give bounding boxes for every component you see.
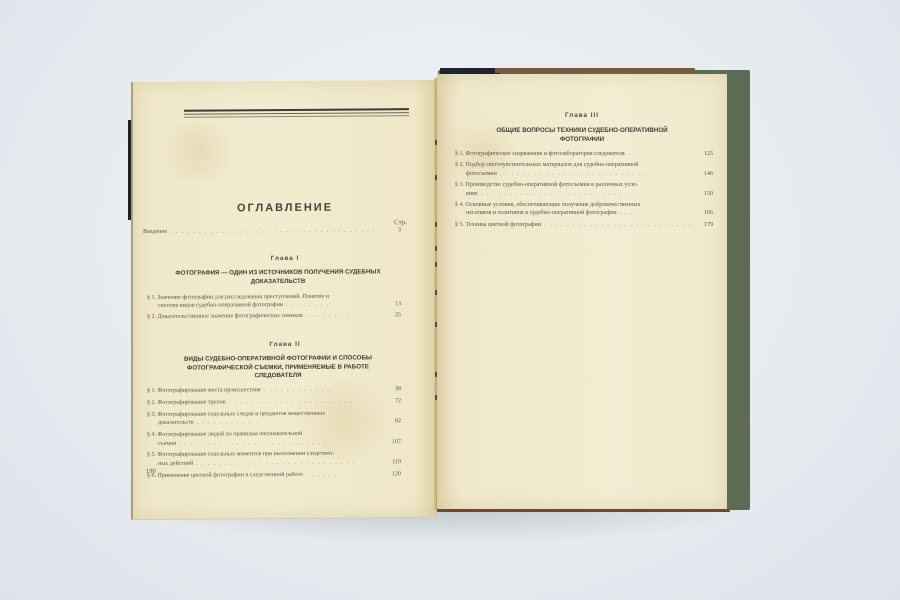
- toc-entry: § 2. Фотографирование трупов . . . . . .…: [147, 397, 401, 407]
- section-number: § 5.: [455, 222, 464, 228]
- section-title: ных действий: [158, 460, 193, 466]
- toc-entry-text: § 2. Доказательственное значение фотогра…: [147, 311, 379, 321]
- toc-entry-line: § 2. Доказательственное значение фотогра…: [147, 311, 379, 321]
- section-title: Основные условия, обеспечивающие получен…: [466, 202, 641, 208]
- leader-dots: . .: [625, 151, 637, 157]
- leader-dots: . . . . . . . . . . . . . . . . . . . . …: [497, 171, 648, 177]
- toc-entry: § 3. Производство судебно-оперативной фо…: [455, 181, 713, 198]
- leader-dots: . . . . . . . .: [283, 302, 329, 308]
- toc-entry-text: § 5. Фотографирование отдельных моментов…: [147, 450, 379, 468]
- leader-dots: . . . . . . . . . . . . . . . . . . . . …: [478, 191, 629, 197]
- toc-entry: § 4. Основные условия, обеспечивающие по…: [455, 201, 713, 218]
- toc-entry: § 4. Фотографирование людей по правилам …: [147, 429, 401, 448]
- leader-dots: . . . . . . . .: [303, 312, 349, 318]
- section-title: Фотографирование трупов: [158, 399, 226, 405]
- section-title: Фотографическое снаряжение и фотолаборат…: [466, 151, 625, 157]
- leader-dots: . . . . . . . . . . . . . . . . . . . . …: [176, 439, 327, 446]
- section-title: Значение фотографии для расследования пр…: [158, 294, 329, 301]
- section-number: § 2.: [455, 162, 464, 168]
- intro-page: 3: [379, 226, 401, 235]
- section-number: § 2.: [147, 314, 156, 320]
- toc-entry: § 1. Фотографирование места происшествия…: [147, 385, 401, 395]
- leader-dots: . . . . . . . . . .: [194, 419, 252, 425]
- toc-entry: § 5. Фотографирование отдельных моментов…: [147, 450, 401, 469]
- section-page: 146: [691, 170, 713, 178]
- section-title: система видов судебно-оперативной фотогр…: [158, 302, 283, 309]
- intro-title: Введение: [143, 229, 167, 235]
- leader-dots: . . . . . . . . . . . .: [261, 387, 331, 393]
- toc-entry-line: § 3. Производство судебно-оперативной фо…: [455, 181, 691, 189]
- chapter-title-line: ДОКАЗАТЕЛЬСТВ: [153, 277, 403, 287]
- paper-stain: [153, 121, 243, 182]
- right-page: Глава IIIОБЩИЕ ВОПРОСЫ ТЕХНИКИ СУДЕБНО-О…: [437, 74, 730, 512]
- page-column-label: Стр.: [394, 218, 407, 226]
- section-page: 13: [379, 301, 401, 310]
- toc-entry: § 2. Подбор светочувствительных материал…: [455, 161, 713, 178]
- toc-entry-line: фотосъемки . . . . . . . . . . . . . . .…: [455, 170, 691, 178]
- leader-dots: . . . . . . . . . . . . . . . . . . . . …: [193, 459, 355, 466]
- toc-entry-line: § 1. Фотографическое снаряжение и фотола…: [455, 150, 691, 158]
- chapter-label: Глава II: [133, 340, 437, 349]
- toc-entry: § 2. Доказательственное значение фотогра…: [147, 311, 401, 321]
- cover-edge-brown: [495, 68, 695, 73]
- leader-dots: . . . . . . . . . . . . . . . . . . . . …: [167, 227, 379, 235]
- toc-heading: ОГЛАВЛЕНИЕ: [133, 201, 437, 215]
- toc-entry: § 3. Фотографирование отдельных следов и…: [147, 409, 401, 428]
- section-title: Производство судебно-оперативной фотосъе…: [466, 182, 639, 188]
- toc-entry-text: § 3. Фотографирование отдельных следов и…: [147, 409, 379, 427]
- section-number: § 1.: [147, 388, 156, 394]
- section-title: Фотографирование отдельных моментов при …: [158, 451, 334, 458]
- chapter-title-line: ОБЩИЕ ВОПРОСЫ ТЕХНИКИ СУДЕБНО-ОПЕРАТИВНО…: [447, 127, 717, 136]
- section-title: Фотографирование отдельных следов и пред…: [158, 411, 326, 418]
- toc-entry-line: § 2. Фотографирование трупов . . . . . .…: [147, 397, 379, 407]
- section-number: § 3.: [455, 182, 464, 188]
- section-page: 25: [379, 311, 401, 320]
- section-number: § 3.: [147, 412, 156, 418]
- left-page: ОГЛАВЛЕНИЕ Стр. Введение . . . . . . . .…: [131, 80, 437, 520]
- section-page: 82: [379, 417, 401, 426]
- section-number: § 5.: [147, 452, 156, 458]
- section-number: § 1.: [455, 151, 464, 157]
- section-page: 110: [379, 458, 401, 467]
- section-page: 38: [379, 385, 401, 394]
- toc-entry-line: система видов судебно-оперативной фотогр…: [147, 301, 379, 311]
- toc-entry-text: Введение . . . . . . . . . . . . . . . .…: [143, 226, 379, 236]
- leader-dots: . . . . . . . . . . . . . . . . . . . . …: [226, 398, 354, 405]
- section-number: § 4.: [455, 202, 464, 208]
- section-page: 107: [379, 438, 401, 447]
- toc-entry-line: § 6. Применение цветной фотографии в сле…: [147, 470, 379, 480]
- toc-entry-text: § 2. Подбор светочувствительных материал…: [455, 161, 691, 178]
- section-page: 120: [379, 470, 401, 479]
- section-title: Фотографирование людей по правилам опозн…: [158, 431, 303, 438]
- page-number: 190: [146, 468, 156, 475]
- section-title: виях: [466, 191, 478, 197]
- toc-entry-line: доказательств . . . . . . . . . .: [147, 418, 379, 428]
- chapter-title-line: СЛЕДОВАТЕЛЯ: [143, 371, 413, 381]
- section-title: Доказательственное значение фотографичес…: [158, 313, 303, 320]
- leader-dots: . . . . . . . . . . . . . . . . . . . . …: [541, 222, 692, 228]
- toc-entry-text: § 1. Значение фотографии для расследован…: [147, 292, 379, 310]
- section-title: Применение цветной фотографии в следстве…: [158, 472, 303, 479]
- decorative-rule: [184, 115, 409, 118]
- toc-entry-text: § 1. Фотографическое снаряжение и фотола…: [455, 150, 691, 158]
- toc-entry-line: § 1. Фотографирование места происшествия…: [147, 385, 379, 395]
- toc-entry-text: § 4. Основные условия, обеспечивающие по…: [455, 201, 691, 218]
- section-title: Техника цветной фотографии: [466, 222, 541, 228]
- toc-entry-text: § 2. Фотографирование трупов . . . . . .…: [147, 397, 379, 407]
- section-number: § 2.: [147, 400, 156, 406]
- section-page: 125: [691, 150, 713, 158]
- leader-dots: . . . . . .: [303, 471, 338, 477]
- section-title: Фотографирование места происшествия: [158, 387, 261, 394]
- decorative-rule: [184, 112, 409, 115]
- section-page: 166: [691, 209, 713, 217]
- chapter-label: Глава I: [133, 254, 437, 263]
- section-page: 150: [691, 190, 713, 198]
- section-number: § 1.: [147, 295, 156, 301]
- toc-entry-text: § 3. Производство судебно-оперативной фо…: [455, 181, 691, 198]
- section-page: 179: [692, 221, 713, 229]
- toc-entry-line: съемки . . . . . . . . . . . . . . . . .…: [147, 438, 379, 448]
- decorative-rule: [184, 108, 409, 112]
- section-page: 72: [379, 397, 401, 406]
- toc-entry-text: § 6. Применение цветной фотографии в сле…: [147, 470, 379, 480]
- toc-entry: § 6. Применение цветной фотографии в сле…: [147, 470, 401, 480]
- leader-dots: . . . .: [617, 210, 640, 216]
- toc-entry-line: ных действий . . . . . . . . . . . . . .…: [147, 458, 379, 468]
- toc-entry-intro: Введение . . . . . . . . . . . . . . . .…: [143, 226, 401, 236]
- chapter-title-line: ФОТОГРАФИИ: [447, 136, 717, 145]
- section-title: съемки: [158, 440, 176, 446]
- toc-entry-text: § 4. Фотографирование людей по правилам …: [147, 429, 379, 447]
- toc-entry: § 5. Техника цветной фотографии . . . . …: [455, 221, 713, 229]
- chapter-label: Глава III: [437, 112, 727, 119]
- toc-entry-line: § 4. Основные условия, обеспечивающие по…: [455, 201, 691, 209]
- section-title: фотосъемки: [466, 171, 497, 177]
- section-title: доказательств: [158, 420, 194, 426]
- toc-entry: § 1. Фотографическое снаряжение и фотола…: [455, 150, 713, 158]
- section-number: § 4.: [147, 432, 156, 438]
- toc-entry-line: § 5. Техника цветной фотографии . . . . …: [455, 221, 692, 229]
- section-title: негативов и позитивов в судебно-оператив…: [466, 210, 617, 216]
- section-title: Подбор светочувствительных материалов дл…: [466, 162, 639, 168]
- toc-entry-line: негативов и позитивов в судебно-оператив…: [455, 209, 691, 217]
- toc-entry-line: виях . . . . . . . . . . . . . . . . . .…: [455, 190, 691, 198]
- toc-entry: § 1. Значение фотографии для расследован…: [147, 292, 401, 311]
- toc-entry-text: § 1. Фотографирование места происшествия…: [147, 385, 379, 395]
- toc-entry-text: § 5. Техника цветной фотографии . . . . …: [455, 221, 692, 229]
- toc-entry-line: § 2. Подбор светочувствительных материал…: [455, 161, 691, 169]
